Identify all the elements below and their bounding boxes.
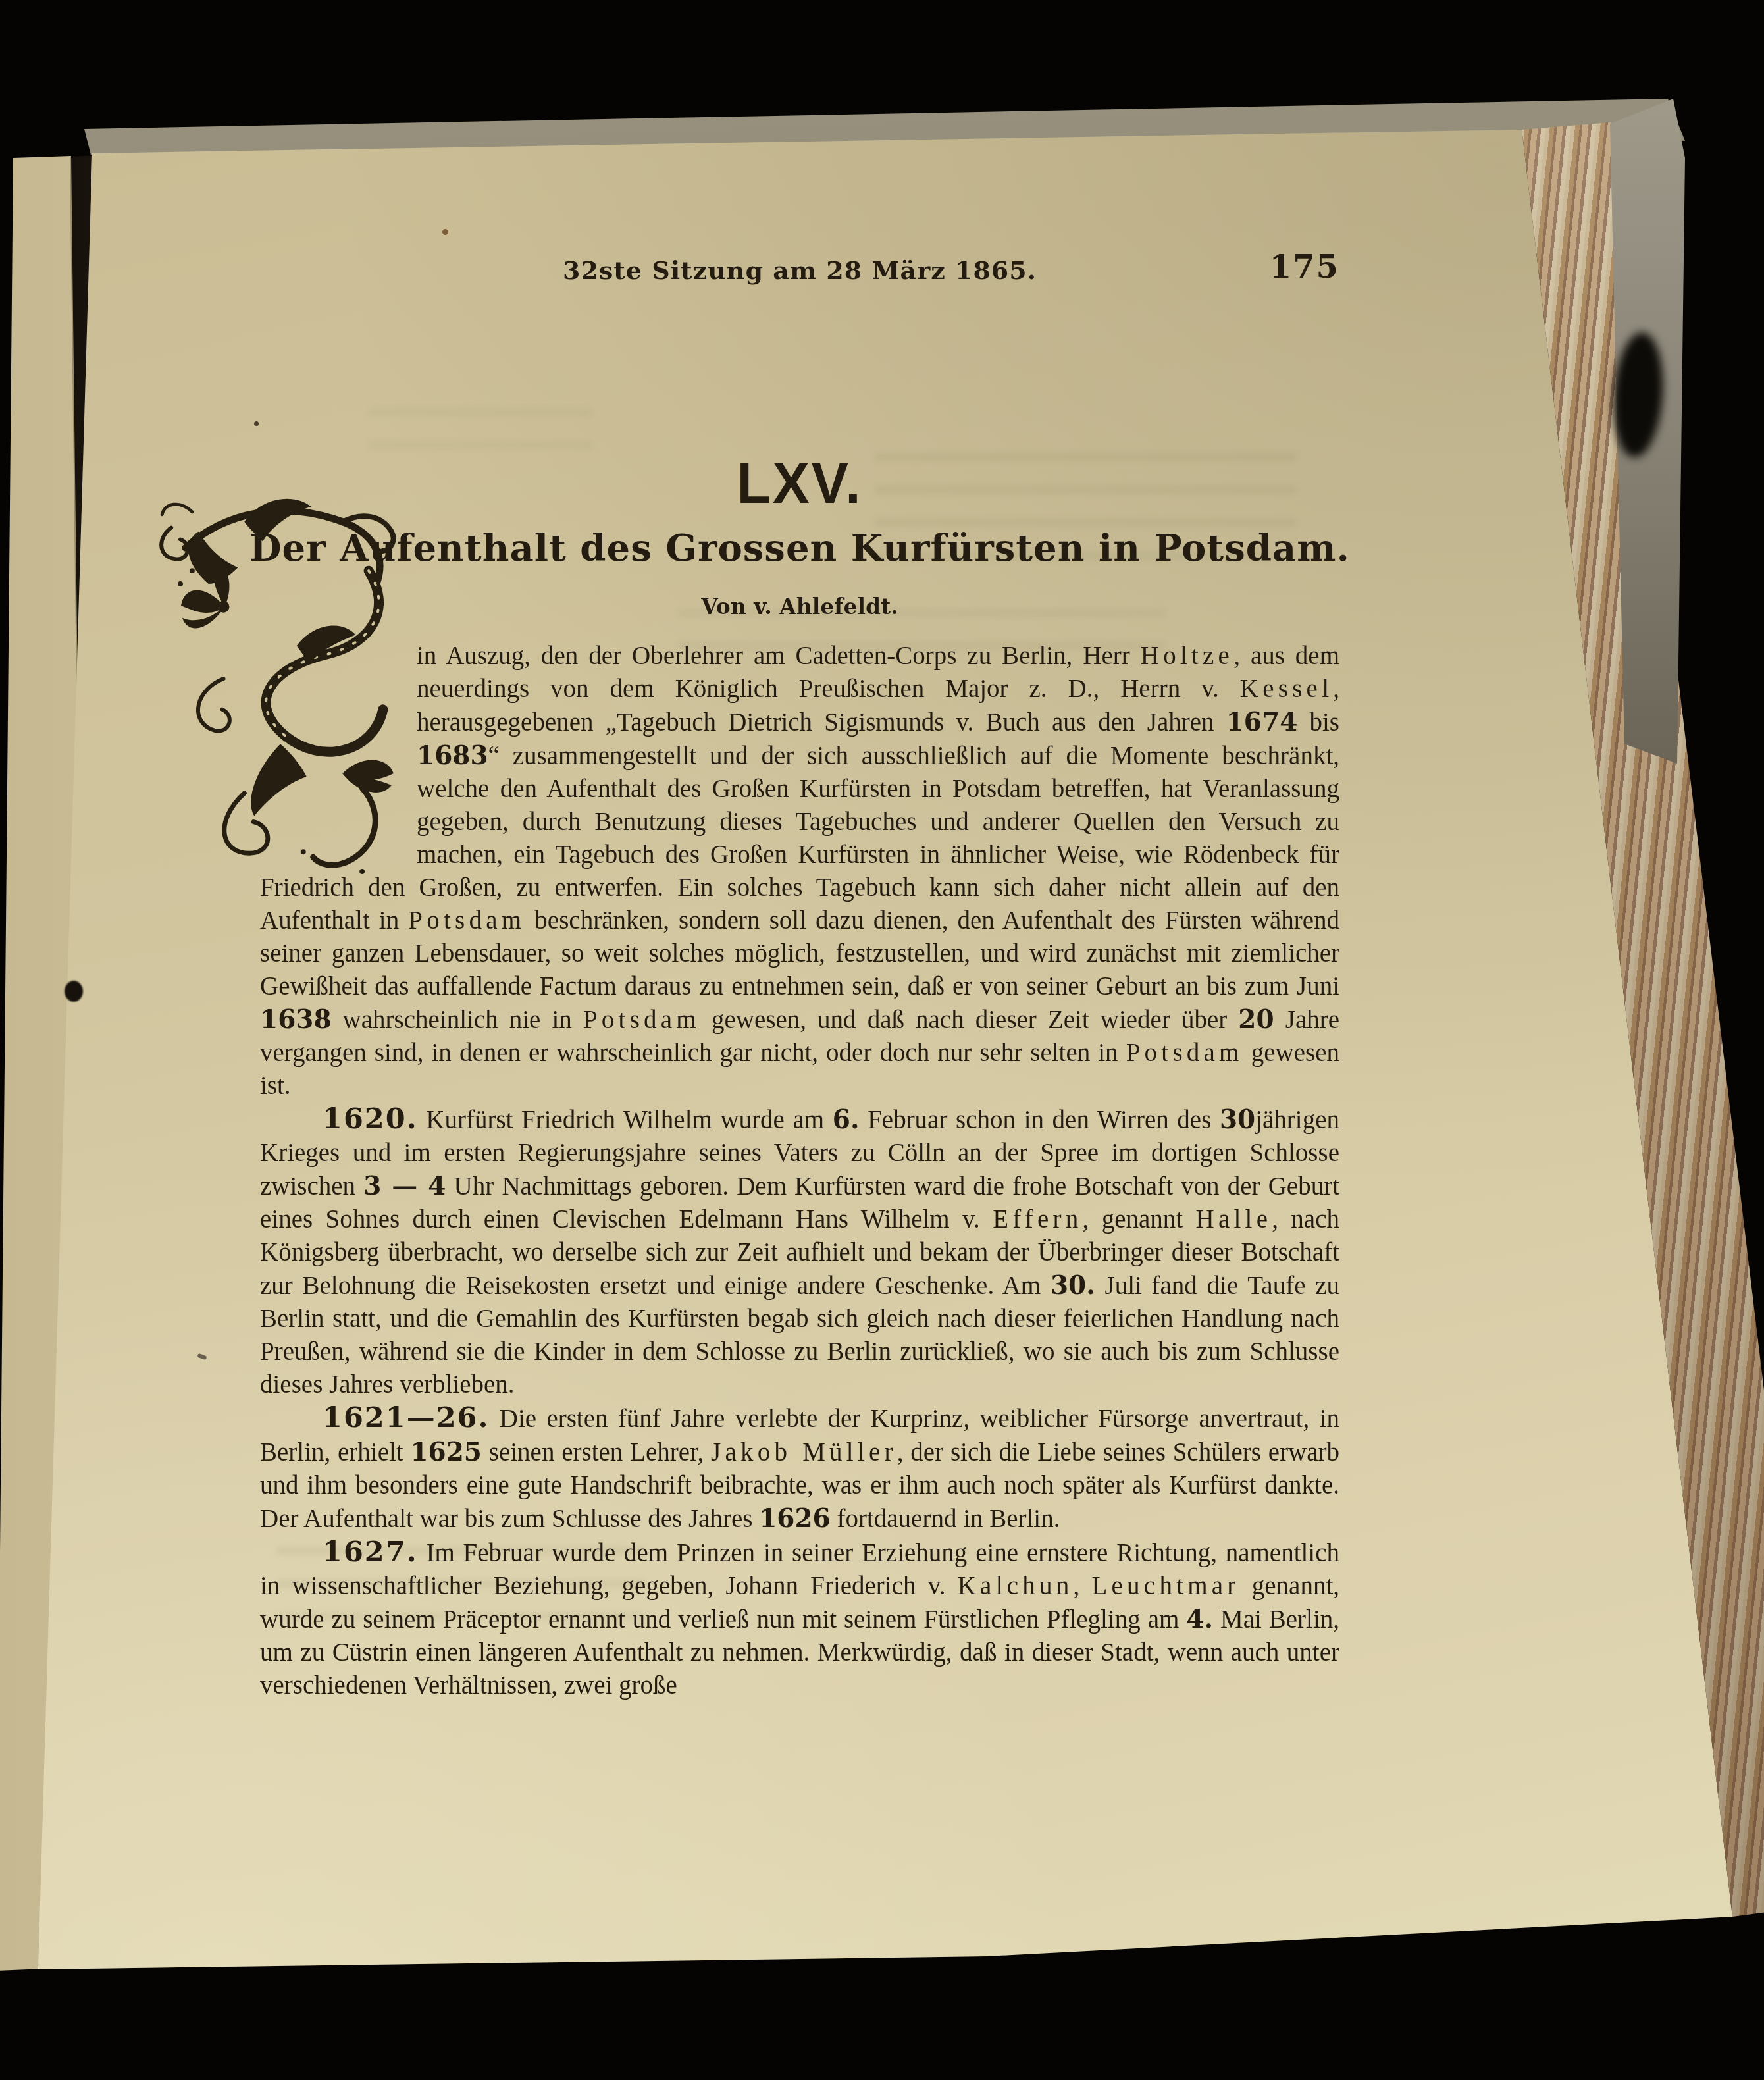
paper-speck — [197, 1353, 207, 1360]
letterspaced-name: Potsdam — [1126, 1039, 1243, 1067]
text-segment: gewesen, und daß nach dieser Zeit wieder… — [700, 1006, 1238, 1034]
text-segment: fortdauernd in Berlin. — [831, 1505, 1060, 1533]
show-through-text — [369, 408, 592, 454]
text-segment: 6. — [833, 1105, 860, 1135]
text-segment: wahrscheinlich nie in — [332, 1006, 583, 1034]
byline: Von v. Ahlefeldt. — [260, 594, 1339, 619]
paragraph: 1620. Kurfürst Friedrich Wilhelm wurde a… — [260, 1103, 1339, 1401]
year-heading: 1627. — [323, 1536, 418, 1569]
running-header: 32ste Sitzung am 28 März 1865. — [260, 255, 1339, 285]
text-segment: 30 — [1220, 1105, 1255, 1135]
text-segment: , — [1074, 1572, 1092, 1600]
binding-hole — [65, 981, 83, 1002]
letterspaced-name: Leuchtmar — [1091, 1572, 1239, 1600]
text-segment: bis — [1297, 708, 1339, 737]
text-segment: 1626 — [759, 1503, 831, 1534]
chapter-number: LXV. — [260, 450, 1339, 517]
letterspaced-name: Halle — [1196, 1205, 1272, 1234]
paper-speck — [254, 421, 259, 426]
text-segment: seinen ersten Lehrer, — [482, 1438, 711, 1467]
letterspaced-name: Kessel — [1240, 675, 1333, 703]
paragraph: in Auszug, den der Oberlehrer am Cadette… — [260, 640, 1339, 1103]
text-segment: , genannt — [1083, 1205, 1196, 1234]
paper-speck — [442, 229, 448, 235]
letterspaced-name: Holtze — [1141, 642, 1233, 670]
text-segment: 3 — 4 — [363, 1171, 446, 1201]
letterspaced-name: Potsdam — [583, 1006, 700, 1034]
text-segment: Kurfürst Friedrich Wilhelm wurde am — [418, 1106, 833, 1134]
initial-spacer — [260, 640, 417, 871]
letterspaced-name: Jakob Müller — [711, 1438, 897, 1467]
text-segment: 4. — [1186, 1604, 1213, 1634]
text-segment: in Auszug, den der Oberlehrer am Cadette… — [417, 642, 1141, 670]
book-page: 32ste Sitzung am 28 März 1865. 175 LXV. … — [0, 0, 1764, 2080]
article-body: in Auszug, den der Oberlehrer am Cadette… — [260, 640, 1339, 1702]
page-number: 175 — [1270, 249, 1339, 286]
text-segment: 30. — [1051, 1270, 1095, 1301]
paragraph: 1627. Im Februar wurde dem Prinzen in se… — [260, 1536, 1339, 1702]
text-segment: 1674 — [1226, 707, 1298, 737]
year-heading: 1621—26. — [323, 1401, 490, 1434]
text-segment: 1625 — [410, 1437, 482, 1467]
letterspaced-name: Kalchun — [958, 1572, 1074, 1600]
photo-background: 32ste Sitzung am 28 März 1865. 175 LXV. … — [0, 0, 1764, 2080]
text-segment: 1683 — [417, 741, 488, 771]
letterspaced-name: Potsdam — [408, 906, 525, 935]
letterspaced-name: Effern — [993, 1205, 1082, 1234]
paragraph: 1621—26. Die ersten fünf Jahre verlebte … — [260, 1401, 1339, 1536]
text-segment: 1638 — [260, 1004, 332, 1035]
text-segment: 20 — [1238, 1004, 1274, 1035]
text-segment: Februar schon in den Wirren des — [860, 1106, 1220, 1134]
year-heading: 1620. — [323, 1103, 418, 1135]
